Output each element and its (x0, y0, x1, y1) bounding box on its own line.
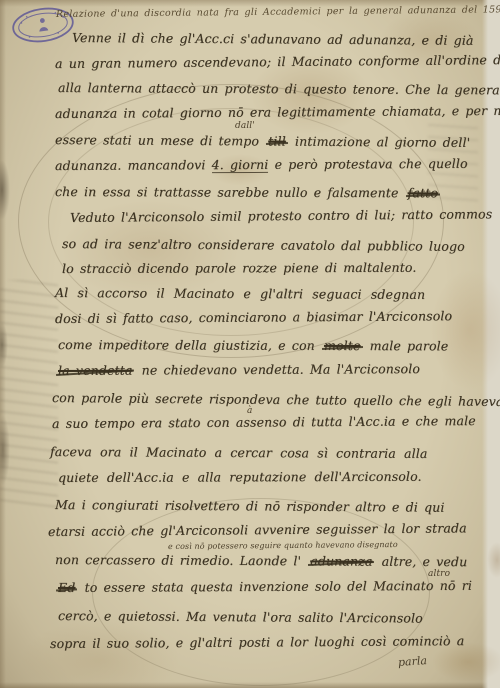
text-line: so ad ira senz'altro considerare cavatol… (62, 236, 465, 254)
text-line: sopra il suo solio, e gl'altri posti a l… (50, 633, 464, 651)
struck-word: adunanza (310, 553, 372, 568)
text-segment: essere stati un mese di tempo (55, 132, 259, 148)
text-line: Ma i congiurati risolvettero di nō rispo… (55, 497, 445, 515)
underlined-phrase: 4. giorni (212, 157, 269, 173)
text-line: lo stracciò dicendo parole rozze piene d… (62, 260, 417, 276)
text-line: faceva ora il Macinato a cercar cosa sì … (50, 444, 428, 461)
text-line: a un gran numero ascendevano; il Macinat… (55, 52, 500, 71)
text-line: Venne il dì che gl'Acc.ci s'adunavano ad… (72, 30, 474, 48)
text-line: come impeditore della giustizia, e con m… (58, 337, 448, 353)
text-line: Ed to essere stata questa invenzione sol… (55, 578, 472, 595)
heading-line: Relazione d'una discordia nata fra gli A… (56, 4, 500, 20)
ink-bleedthrough-smudge (0, 280, 58, 510)
interlinear-addition: à (247, 406, 252, 416)
text-segment: adunanza. mancandovi (55, 157, 206, 173)
text-line: con parole più secrete rispondeva che tu… (52, 390, 500, 409)
text-line: non cercassero di rimedio. Laonde l' adu… (55, 552, 467, 569)
text-line: adunanza. mancandovi 4. giorni e però pr… (55, 156, 468, 173)
text-segment: non cercassero di rimedio. Laonde l' (55, 552, 301, 568)
text-segment: ne chiedevano vendetta. Ma l'Arciconsolo (142, 361, 420, 377)
text-line: etarsi acciò che gl'Arciconsoli avvenire… (48, 520, 467, 539)
text-line: cercò, e quietossi. Ma venuta l'ora sali… (58, 608, 423, 626)
manuscript-page: Relazione d'una discordia nata fra gli A… (0, 0, 500, 688)
interlinear-addition: altro (428, 569, 450, 579)
text-line: essere stati un mese di tempo till intim… (55, 132, 470, 150)
text-line: a suo tempo era stato con assenso di tut… (52, 413, 476, 431)
struck-word: molte (324, 338, 361, 353)
text-segment: altre, e vedu (382, 554, 468, 569)
text-segment: to essere stata questa invenzione solo d… (85, 578, 472, 595)
text-segment: e però protestava che quello (275, 156, 468, 172)
catchword: parla (398, 654, 428, 669)
struck-word: till (268, 133, 286, 148)
text-segment: male parole (370, 338, 449, 353)
struck-word: fatto (408, 185, 438, 200)
text-segment: che in essa si trattasse sarebbe nullo e… (55, 184, 399, 200)
text-line: adunanza in cotal giorno nō era legittim… (55, 103, 500, 121)
text-line: che in essa si trattasse sarebbe nullo e… (55, 184, 441, 200)
struck-word: la vendetta (58, 363, 133, 378)
text-line: Al sì accorso il Macinato e gl'altri seg… (55, 285, 425, 302)
text-line: quiete dell'Acc.ia e alla reputazione de… (58, 469, 422, 485)
text-line: alla lanterna attaccò un protesto di que… (58, 80, 500, 97)
interlinear-addition: dall' (235, 121, 255, 131)
text-line: dosi di sì fatto caso, cominciarono a bi… (55, 308, 452, 326)
text-segment: come impeditore della giustizia, e con (58, 337, 315, 353)
text-segment: intimazione al giorno dell' (295, 134, 470, 150)
struck-word: Ed (58, 580, 76, 595)
text-line: la vendetta ne chiedevano vendetta. Ma l… (55, 361, 420, 378)
